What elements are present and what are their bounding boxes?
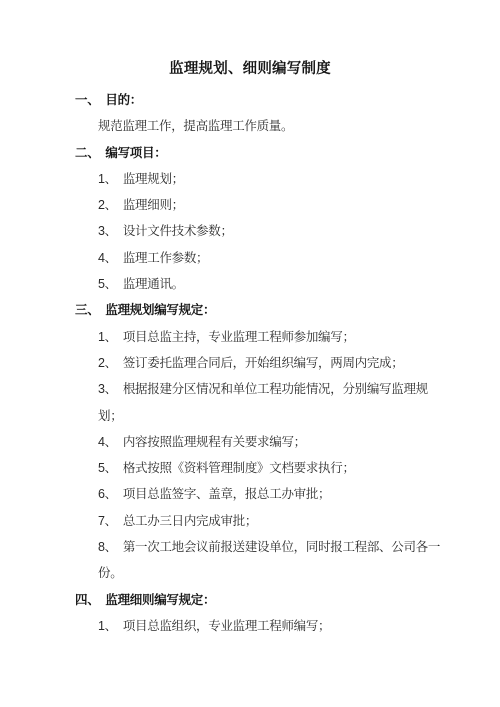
document-body: 一、目的： 规范监理工作，提高监理工作质量。 二、编写项目： 1、监理规划； 2…: [0, 87, 500, 639]
section-heading-3: 三、监理规划编写规定：: [75, 297, 500, 323]
item-text: 项目总监主持，专业监理工程师参加编写；: [123, 330, 355, 344]
item-text: 监理规划；: [123, 172, 184, 186]
paragraph: 规范监理工作，提高监理工作质量。: [98, 113, 460, 139]
list-item: 6、项目总监签字、盖章，报总工办审批；: [98, 481, 460, 507]
section-heading-4: 四、监理细则编写规定：: [75, 587, 500, 613]
item-number: 2、: [98, 198, 117, 212]
section-heading-1: 一、目的：: [75, 87, 500, 113]
list-item: 4、内容按照监理规程有关要求编写；: [98, 429, 460, 455]
list-item: 4、监理工作参数；: [98, 245, 460, 271]
section-number: 四、: [75, 593, 99, 607]
item-text: 监理通讯。: [123, 277, 184, 291]
section-heading-2: 二、编写项目：: [75, 140, 500, 166]
list-item: 1、项目总监主持，专业监理工程师参加编写；: [98, 324, 460, 350]
item-text: 项目总监签字、盖章，报总工办审批；: [123, 487, 330, 501]
section-heading-text: 监理细则编写规定：: [105, 593, 215, 607]
item-number: 1、: [98, 330, 117, 344]
item-number: 5、: [98, 461, 117, 475]
list-item: 8、第一次工地会议前报送建设单位，同时报工程部、公司各一 份。: [98, 534, 460, 587]
list-item: 1、项目总监组织，专业监理工程师编写；: [98, 613, 460, 639]
item-text: 项目总监组织，专业监理工程师编写；: [123, 619, 330, 633]
list-item: 3、根据报建分区情况和单位工程功能情况，分别编写监理规 划；: [98, 376, 460, 429]
item-number: 5、: [98, 277, 117, 291]
item-number: 3、: [98, 382, 117, 396]
document-page: 监理规划、细则编写制度 一、目的： 规范监理工作，提高监理工作质量。 二、编写项…: [0, 0, 500, 707]
item-number: 4、: [98, 435, 117, 449]
item-number: 7、: [98, 514, 117, 528]
section-number: 二、: [75, 146, 99, 160]
list-item: 5、格式按照《资料管理制度》文档要求执行；: [98, 455, 460, 481]
item-text: 监理细则；: [123, 198, 184, 212]
section-number: 三、: [75, 303, 99, 317]
item-text: 监理工作参数；: [123, 251, 208, 265]
section-heading-text: 编写项目：: [105, 146, 166, 160]
item-number: 8、: [98, 540, 117, 554]
list-item: 3、设计文件技术参数；: [98, 218, 460, 244]
item-number: 1、: [98, 619, 117, 633]
item-number: 4、: [98, 251, 117, 265]
item-text: 根据报建分区情况和单位工程功能情况，分别编写监理规 划；: [98, 382, 428, 422]
item-text: 签订委托监理合同后，开始组织编写，两周内完成；: [123, 356, 404, 370]
item-number: 3、: [98, 224, 117, 238]
item-text: 规范监理工作，提高监理工作质量。: [98, 119, 293, 133]
item-text: 设计文件技术参数；: [123, 224, 233, 238]
section-heading-text: 目的：: [105, 93, 142, 107]
list-item: 2、签订委托监理合同后，开始组织编写，两周内完成；: [98, 350, 460, 376]
item-text: 总工办三日内完成审批；: [123, 514, 257, 528]
item-number: 2、: [98, 356, 117, 370]
section-number: 一、: [75, 93, 99, 107]
item-number: 1、: [98, 172, 117, 186]
section-heading-text: 监理规划编写规定：: [105, 303, 215, 317]
list-item: 1、监理规划；: [98, 166, 460, 192]
item-text: 内容按照监理规程有关要求编写；: [123, 435, 306, 449]
item-number: 6、: [98, 487, 117, 501]
page-title: 监理规划、细则编写制度: [0, 56, 500, 82]
list-item: 7、总工办三日内完成审批；: [98, 508, 460, 534]
item-text: 第一次工地会议前报送建设单位，同时报工程部、公司各一 份。: [98, 540, 440, 580]
item-text: 格式按照《资料管理制度》文档要求执行；: [123, 461, 355, 475]
list-item: 5、监理通讯。: [98, 271, 460, 297]
list-item: 2、监理细则；: [98, 192, 460, 218]
